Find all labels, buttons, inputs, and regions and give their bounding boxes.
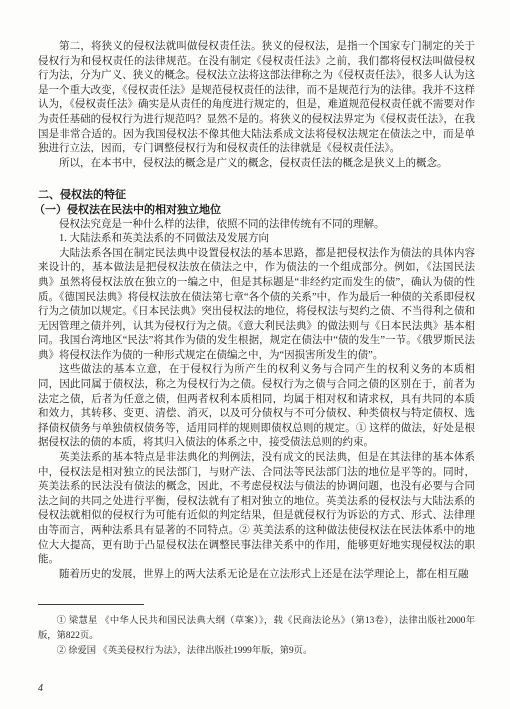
paragraph-obligation-law-rationale: 这些做法的基本立意，在于侵权行为所产生的权利义务与合同产生的权利义务的本质相同，…	[38, 363, 475, 451]
paragraph-historical-development: 随着历史的发展，世界上的两大法系无论是在立法形式上还是在法学理论上，都在相互融	[38, 568, 475, 583]
footnote-2: ② 徐爱国 《英美侵权行为法》，法律出版社1999年版，第9页。	[38, 644, 475, 659]
book-page: 第二，将狭义的侵权法就叫做侵权责任法。狭义的侵权法，是指一个国家专门制定的关于侵…	[0, 0, 510, 709]
footnote-1: ① 梁慧星 《中华人民共和国民法典大纲（草案）》，载《民商法论丛》（第13卷），…	[38, 614, 475, 644]
numbered-heading-legal-systems: 1. 大陆法系和英美法系的不同做法及发展方向	[38, 232, 475, 247]
page-number: 4	[38, 683, 43, 694]
footnote-separator-rule	[38, 604, 144, 605]
section-heading-tort-law-features: 二、侵权法的特征	[38, 188, 475, 203]
paragraph-civil-law-systems: 大陆法系各国在制定民法典中设置侵权法的基本思路，都是把侵权法作为债法的具体内容来…	[38, 247, 475, 364]
paragraph-common-law-systems: 英美法系的基本特点是非法典化的判例法，没有成文的民法典，但是在其法律的基本体系中…	[38, 451, 475, 568]
paragraph-concept-summary: 所以，在本书中，侵权法的概念是广义的概念，侵权责任法的概念是狭义上的概念。	[38, 157, 475, 172]
paragraph-tort-liability-law-definition: 第二，将狭义的侵权法就叫做侵权责任法。狭义的侵权法，是指一个国家专门制定的关于侵…	[38, 40, 475, 157]
subsection-heading-independent-status: （一）侵权法在民法中的相对独立地位	[34, 203, 475, 218]
footnote-area: ① 梁慧星 《中华人民共和国民法典大纲（草案）》，载《民商法论丛》（第13卷），…	[38, 604, 475, 658]
paragraph-what-kind-of-law: 侵权法究竟是一种什么样的法律，依照不同的法律传统有不同的理解。	[38, 218, 475, 233]
page-body: 第二，将狭义的侵权法就叫做侵权责任法。狭义的侵权法，是指一个国家专门制定的关于侵…	[38, 40, 475, 582]
